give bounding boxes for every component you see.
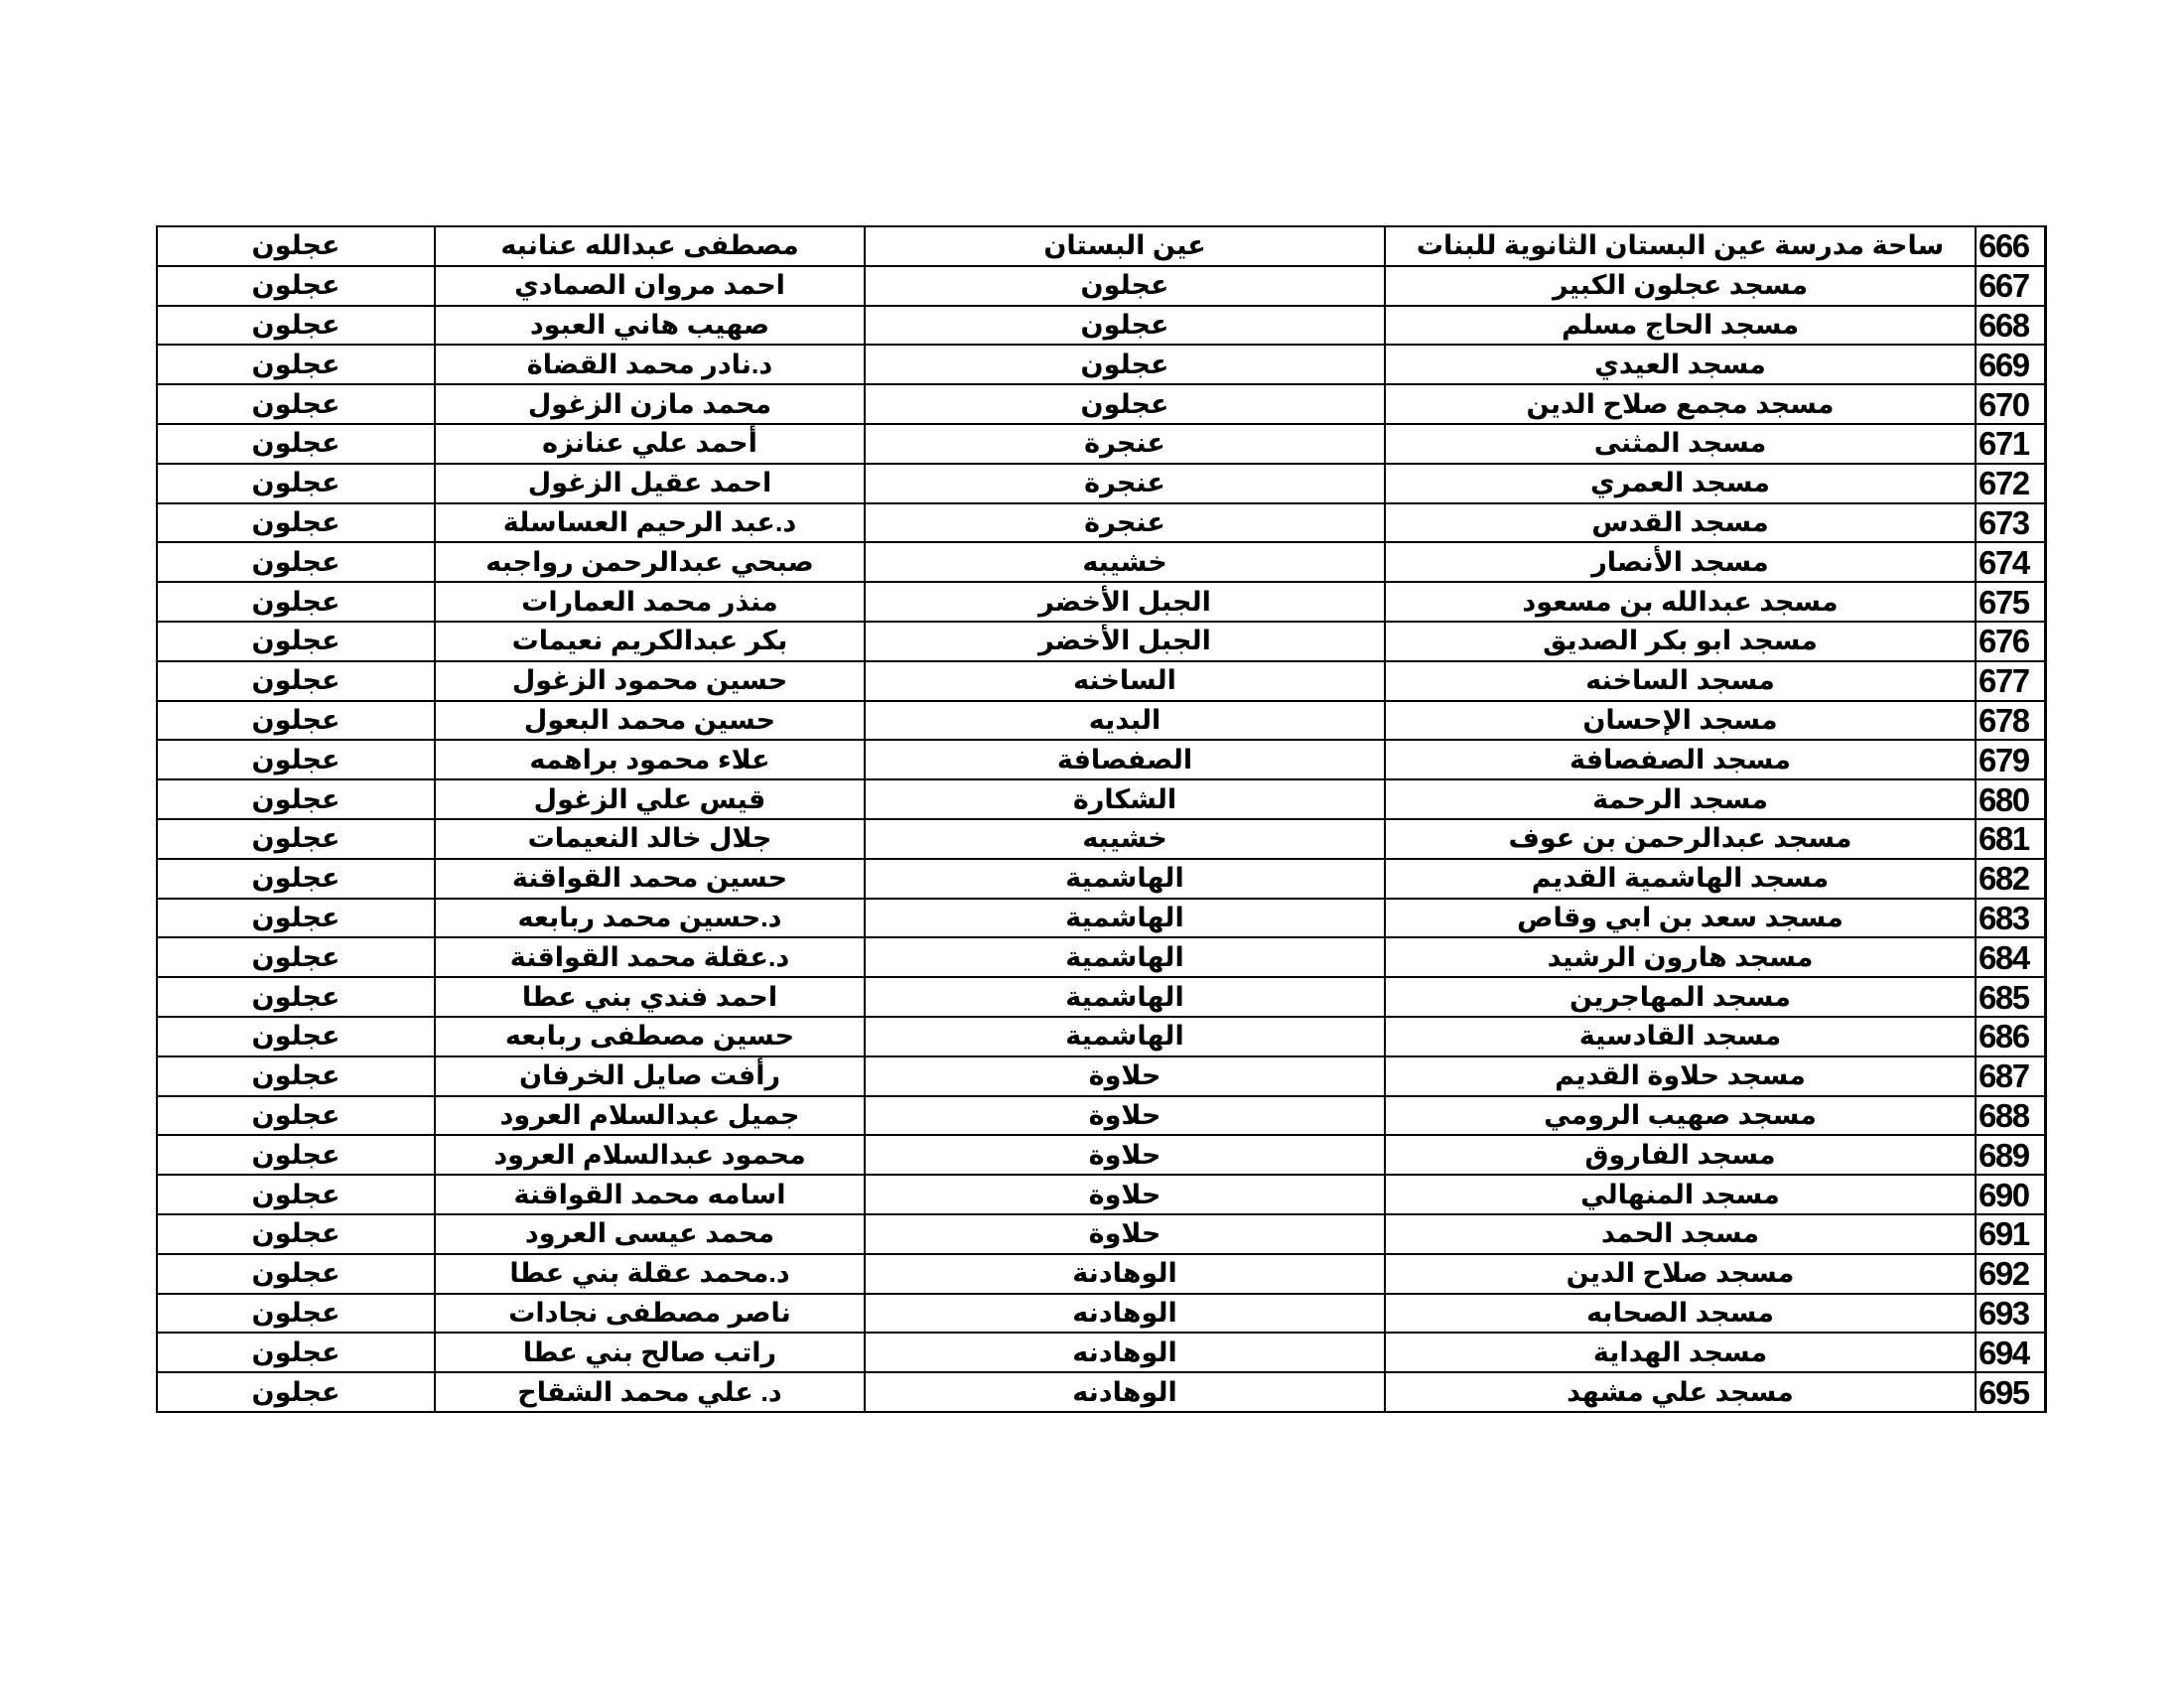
name-cell: صهيب هاني العبود [435,306,865,346]
table-row: عجلون د.عبد الرحيم العساسلة عنجرة مسجد ا… [157,503,2046,543]
number-cell: 695 [1976,1372,2046,1412]
site-cell: مسجد المثنى [1385,424,1976,464]
name-cell: محمد مازن الزغول [435,384,865,424]
number-cell: 681 [1976,819,2046,859]
area-cell: البديه [865,701,1385,741]
name-cell: د.محمد عقلة بني عطا [435,1254,865,1294]
site-cell: مسجد صلاح الدين [1385,1254,1976,1294]
governorate-cell: عجلون [157,384,435,424]
governorate-cell: عجلون [157,1333,435,1372]
governorate-cell: عجلون [157,306,435,346]
area-cell: عجلون [865,266,1385,306]
governorate-cell: عجلون [157,701,435,741]
site-cell: مسجد العمري [1385,464,1976,503]
number-cell: 680 [1976,779,2046,819]
table-row: عجلون منذر محمد العمارات الجبل الأخضر مس… [157,582,2046,622]
site-cell: مسجد الأنصار [1385,542,1976,582]
number-cell: 691 [1976,1214,2046,1254]
table-row: عجلون أحمد علي عنانزه عنجرة مسجد المثنى … [157,424,2046,464]
site-cell: مسجد صهيب الرومي [1385,1096,1976,1136]
area-cell: الوهادنه [865,1294,1385,1334]
site-cell: مسجد الرحمة [1385,779,1976,819]
site-cell: مسجد الساخنه [1385,661,1976,701]
governorate-cell: عجلون [157,1096,435,1136]
name-cell: حسين محمد القواقنة [435,859,865,899]
governorate-cell: عجلون [157,937,435,977]
area-cell: حلاوة [865,1175,1385,1214]
table-row: عجلون صبحي عبدالرحمن رواجبه خشيبه مسجد ا… [157,542,2046,582]
area-cell: الساخنه [865,661,1385,701]
name-cell: د.نادر محمد القضاة [435,345,865,384]
site-cell: مسجد الصفصافة [1385,740,1976,779]
site-cell: مسجد الحاج مسلم [1385,306,1976,346]
name-cell: بكر عبدالكريم نعيمات [435,622,865,661]
name-cell: محمد عيسى العرود [435,1214,865,1254]
number-cell: 692 [1976,1254,2046,1294]
name-cell: احمد فندي بني عطا [435,977,865,1017]
number-cell: 677 [1976,661,2046,701]
number-cell: 673 [1976,503,2046,543]
site-cell: مسجد القدس [1385,503,1976,543]
table-row: عجلون حسين مصطفى ربابعه الهاشمية مسجد ال… [157,1017,2046,1056]
governorate-cell: عجلون [157,1294,435,1334]
site-cell: مسجد سعد بن ابي وقاص [1385,899,1976,938]
table-row: عجلون علاء محمود براهمه الصفصافة مسجد ال… [157,740,2046,779]
name-cell: د. علي محمد الشقاح [435,1372,865,1412]
number-cell: 670 [1976,384,2046,424]
number-cell: 694 [1976,1333,2046,1372]
governorate-cell: عجلون [157,1175,435,1214]
table-row: عجلون صهيب هاني العبود عجلون مسجد الحاج … [157,306,2046,346]
governorate-cell: عجلون [157,740,435,779]
number-cell: 671 [1976,424,2046,464]
area-cell: عنجرة [865,503,1385,543]
governorate-cell: عجلون [157,1056,435,1096]
number-cell: 686 [1976,1017,2046,1056]
table-row: عجلون مصطفى عبدالله عنانبه عين البستان س… [157,226,2046,266]
site-cell: مسجد حلاوة القديم [1385,1056,1976,1096]
governorate-cell: عجلون [157,345,435,384]
number-cell: 690 [1976,1175,2046,1214]
area-cell: الشكارة [865,779,1385,819]
number-cell: 683 [1976,899,2046,938]
name-cell: د.عبد الرحيم العساسلة [435,503,865,543]
name-cell: جميل عبدالسلام العرود [435,1096,865,1136]
number-cell: 679 [1976,740,2046,779]
governorate-cell: عجلون [157,226,435,266]
governorate-cell: عجلون [157,819,435,859]
table-row: عجلون د.عقلة محمد القواقنة الهاشمية مسجد… [157,937,2046,977]
number-cell: 689 [1976,1135,2046,1175]
table-row: عجلون اسامه محمد القواقنة حلاوة مسجد الم… [157,1175,2046,1214]
name-cell: مصطفى عبدالله عنانبه [435,226,865,266]
governorate-cell: عجلون [157,424,435,464]
area-cell: الوهادنه [865,1333,1385,1372]
table-row: عجلون جلال خالد النعيمات خشيبه مسجد عبدا… [157,819,2046,859]
number-cell: 675 [1976,582,2046,622]
governorate-cell: عجلون [157,1135,435,1175]
name-cell: د.عقلة محمد القواقنة [435,937,865,977]
governorate-cell: عجلون [157,266,435,306]
area-cell: الهاشمية [865,937,1385,977]
number-cell: 688 [1976,1096,2046,1136]
number-cell: 685 [1976,977,2046,1017]
number-cell: 667 [1976,266,2046,306]
area-cell: عين البستان [865,226,1385,266]
number-cell: 666 [1976,226,2046,266]
area-cell: حلاوة [865,1096,1385,1136]
number-cell: 676 [1976,622,2046,661]
site-cell: مسجد الفاروق [1385,1135,1976,1175]
area-cell: الوهادنة [865,1254,1385,1294]
name-cell: حسين مصطفى ربابعه [435,1017,865,1056]
governorate-cell: عجلون [157,582,435,622]
name-cell: قيس علي الزغول [435,779,865,819]
table-body: عجلون مصطفى عبدالله عنانبه عين البستان س… [157,226,2046,1412]
number-cell: 672 [1976,464,2046,503]
number-cell: 678 [1976,701,2046,741]
site-cell: مسجد مجمع صلاح الدين [1385,384,1976,424]
area-cell: خشيبه [865,819,1385,859]
table-row: عجلون محمود عبدالسلام العرود حلاوة مسجد … [157,1135,2046,1175]
table-row: عجلون حسين محمد القواقنة الهاشمية مسجد ا… [157,859,2046,899]
name-cell: د.حسين محمد ربابعه [435,899,865,938]
name-cell: رأفت صايل الخرفان [435,1056,865,1096]
site-cell: مسجد المنهالي [1385,1175,1976,1214]
name-cell: صبحي عبدالرحمن رواجبه [435,542,865,582]
governorate-cell: عجلون [157,1214,435,1254]
number-cell: 682 [1976,859,2046,899]
name-cell: أحمد علي عنانزه [435,424,865,464]
area-cell: خشيبه [865,542,1385,582]
site-cell: مسجد الهاشمية القديم [1385,859,1976,899]
table-row: عجلون د.حسين محمد ربابعه الهاشمية مسجد س… [157,899,2046,938]
table-row: عجلون د.نادر محمد القضاة عجلون مسجد العي… [157,345,2046,384]
governorate-cell: عجلون [157,859,435,899]
governorate-cell: عجلون [157,1254,435,1294]
table-row: عجلون د. علي محمد الشقاح الوهادنه مسجد ع… [157,1372,2046,1412]
area-cell: الهاشمية [865,1017,1385,1056]
site-cell: مسجد عبدالله بن مسعود [1385,582,1976,622]
area-cell: حلاوة [865,1056,1385,1096]
area-cell: عجلون [865,345,1385,384]
table-row: عجلون بكر عبدالكريم نعيمات الجبل الأخضر … [157,622,2046,661]
name-cell: منذر محمد العمارات [435,582,865,622]
governorate-cell: عجلون [157,542,435,582]
governorate-cell: عجلون [157,1017,435,1056]
number-cell: 668 [1976,306,2046,346]
area-cell: الصفصافة [865,740,1385,779]
name-cell: اسامه محمد القواقنة [435,1175,865,1214]
table-row: عجلون حسين محمد البعول البديه مسجد الإحس… [157,701,2046,741]
site-cell: مسجد الهداية [1385,1333,1976,1372]
table-row: عجلون رأفت صايل الخرفان حلاوة مسجد حلاوة… [157,1056,2046,1096]
area-cell: الجبل الأخضر [865,582,1385,622]
number-cell: 684 [1976,937,2046,977]
site-cell: مسجد ابو بكر الصديق [1385,622,1976,661]
name-cell: جلال خالد النعيمات [435,819,865,859]
governorate-cell: عجلون [157,977,435,1017]
site-cell: ساحة مدرسة عين البستان الثانوية للبنات [1385,226,1976,266]
document-page: عجلون مصطفى عبدالله عنانبه عين البستان س… [0,0,2184,1688]
name-cell: حسين محمد البعول [435,701,865,741]
table-row: عجلون احمد مروان الصمادي عجلون مسجد عجلو… [157,266,2046,306]
table-row: عجلون قيس علي الزغول الشكارة مسجد الرحمة… [157,779,2046,819]
table-row: عجلون محمد عيسى العرود حلاوة مسجد الحمد … [157,1214,2046,1254]
table-row: عجلون حسين محمود الزغول الساخنه مسجد الس… [157,661,2046,701]
table-row: عجلون راتب صالح بني عطا الوهادنه مسجد ال… [157,1333,2046,1372]
area-cell: حلاوة [865,1135,1385,1175]
name-cell: احمد عقيل الزغول [435,464,865,503]
area-cell: عجلون [865,384,1385,424]
area-cell: عجلون [865,306,1385,346]
name-cell: علاء محمود براهمه [435,740,865,779]
site-cell: مسجد المهاجرين [1385,977,1976,1017]
governorate-cell: عجلون [157,899,435,938]
site-cell: مسجد علي مشهد [1385,1372,1976,1412]
area-cell: الهاشمية [865,859,1385,899]
number-cell: 687 [1976,1056,2046,1096]
area-cell: الجبل الأخضر [865,622,1385,661]
name-cell: محمود عبدالسلام العرود [435,1135,865,1175]
governorate-cell: عجلون [157,464,435,503]
number-cell: 693 [1976,1294,2046,1334]
name-cell: احمد مروان الصمادي [435,266,865,306]
table-row: عجلون د.محمد عقلة بني عطا الوهادنة مسجد … [157,1254,2046,1294]
table-row: عجلون احمد فندي بني عطا الهاشمية مسجد ال… [157,977,2046,1017]
number-cell: 674 [1976,542,2046,582]
name-cell: راتب صالح بني عطا [435,1333,865,1372]
site-cell: مسجد القادسية [1385,1017,1976,1056]
table-row: عجلون محمد مازن الزغول عجلون مسجد مجمع ص… [157,384,2046,424]
area-cell: الوهادنه [865,1372,1385,1412]
site-cell: مسجد هارون الرشيد [1385,937,1976,977]
site-cell: مسجد الإحسان [1385,701,1976,741]
area-cell: الهاشمية [865,977,1385,1017]
governorate-cell: عجلون [157,779,435,819]
governorate-cell: عجلون [157,1372,435,1412]
area-cell: عنجرة [865,424,1385,464]
name-cell: حسين محمود الزغول [435,661,865,701]
number-cell: 669 [1976,345,2046,384]
site-cell: مسجد عجلون الكبير [1385,266,1976,306]
site-cell: مسجد عبدالرحمن بن عوف [1385,819,1976,859]
name-cell: ناصر مصطفى نجادات [435,1294,865,1334]
governorate-cell: عجلون [157,661,435,701]
prayer-sites-table: عجلون مصطفى عبدالله عنانبه عين البستان س… [156,225,2047,1413]
area-cell: حلاوة [865,1214,1385,1254]
table-row: عجلون ناصر مصطفى نجادات الوهادنه مسجد ال… [157,1294,2046,1334]
table-row: عجلون جميل عبدالسلام العرود حلاوة مسجد ص… [157,1096,2046,1136]
area-cell: الهاشمية [865,899,1385,938]
table-row: عجلون احمد عقيل الزغول عنجرة مسجد العمري… [157,464,2046,503]
site-cell: مسجد الصحابه [1385,1294,1976,1334]
area-cell: عنجرة [865,464,1385,503]
governorate-cell: عجلون [157,622,435,661]
site-cell: مسجد العيدي [1385,345,1976,384]
governorate-cell: عجلون [157,503,435,543]
site-cell: مسجد الحمد [1385,1214,1976,1254]
